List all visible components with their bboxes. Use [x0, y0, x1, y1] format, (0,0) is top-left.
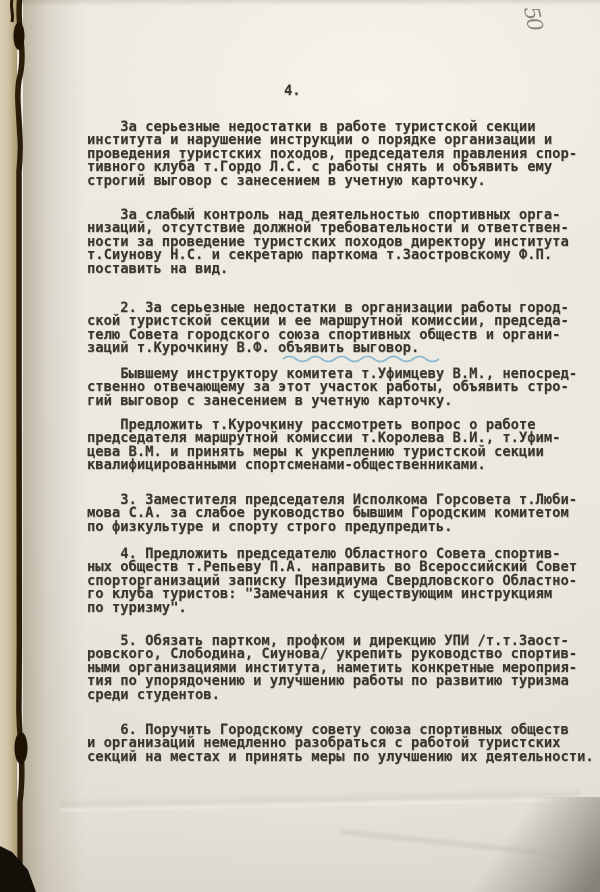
stitch-knot-top [14, 22, 25, 50]
bottom-right-corner-shadow [430, 797, 600, 892]
paragraph-4: Бывшему инструктору комитета т.Уфимцеву … [87, 368, 577, 408]
paragraph-3: 2. За серьезные недостатки в организации… [87, 302, 569, 356]
paragraph-9: 6. Поручить Городскому совету союза спор… [87, 724, 594, 764]
paragraph-7: 4. Предложить председателю Областного Со… [87, 548, 577, 615]
paragraph-5: Предложить т.Курочкину рассмотреть вопро… [87, 419, 560, 473]
paragraph-8: 5. Обязать партком, профком и дирекцию У… [87, 635, 577, 702]
document-page: 50 4. За серьезные недостатки в работе т… [0, 0, 600, 892]
binding-stitching [0, 0, 46, 892]
page-top-edge-shadow [0, 0, 600, 6]
binding-thread-top-mark [11, 0, 12, 22]
handwritten-page-number: 50 [513, 4, 551, 49]
page-number: 4. [284, 85, 301, 98]
paragraph-6: 3. Заместителя председателя Исполкома Го… [87, 494, 577, 534]
paragraph-2: За слабый контроль над деятельностью спо… [87, 209, 569, 276]
wavy-underline-mark [281, 351, 443, 365]
wavy-underline-path [283, 357, 439, 362]
stitch-knot-bottom [15, 732, 28, 764]
paragraph-1: За серьезные недостатки в работе туристс… [87, 121, 577, 188]
